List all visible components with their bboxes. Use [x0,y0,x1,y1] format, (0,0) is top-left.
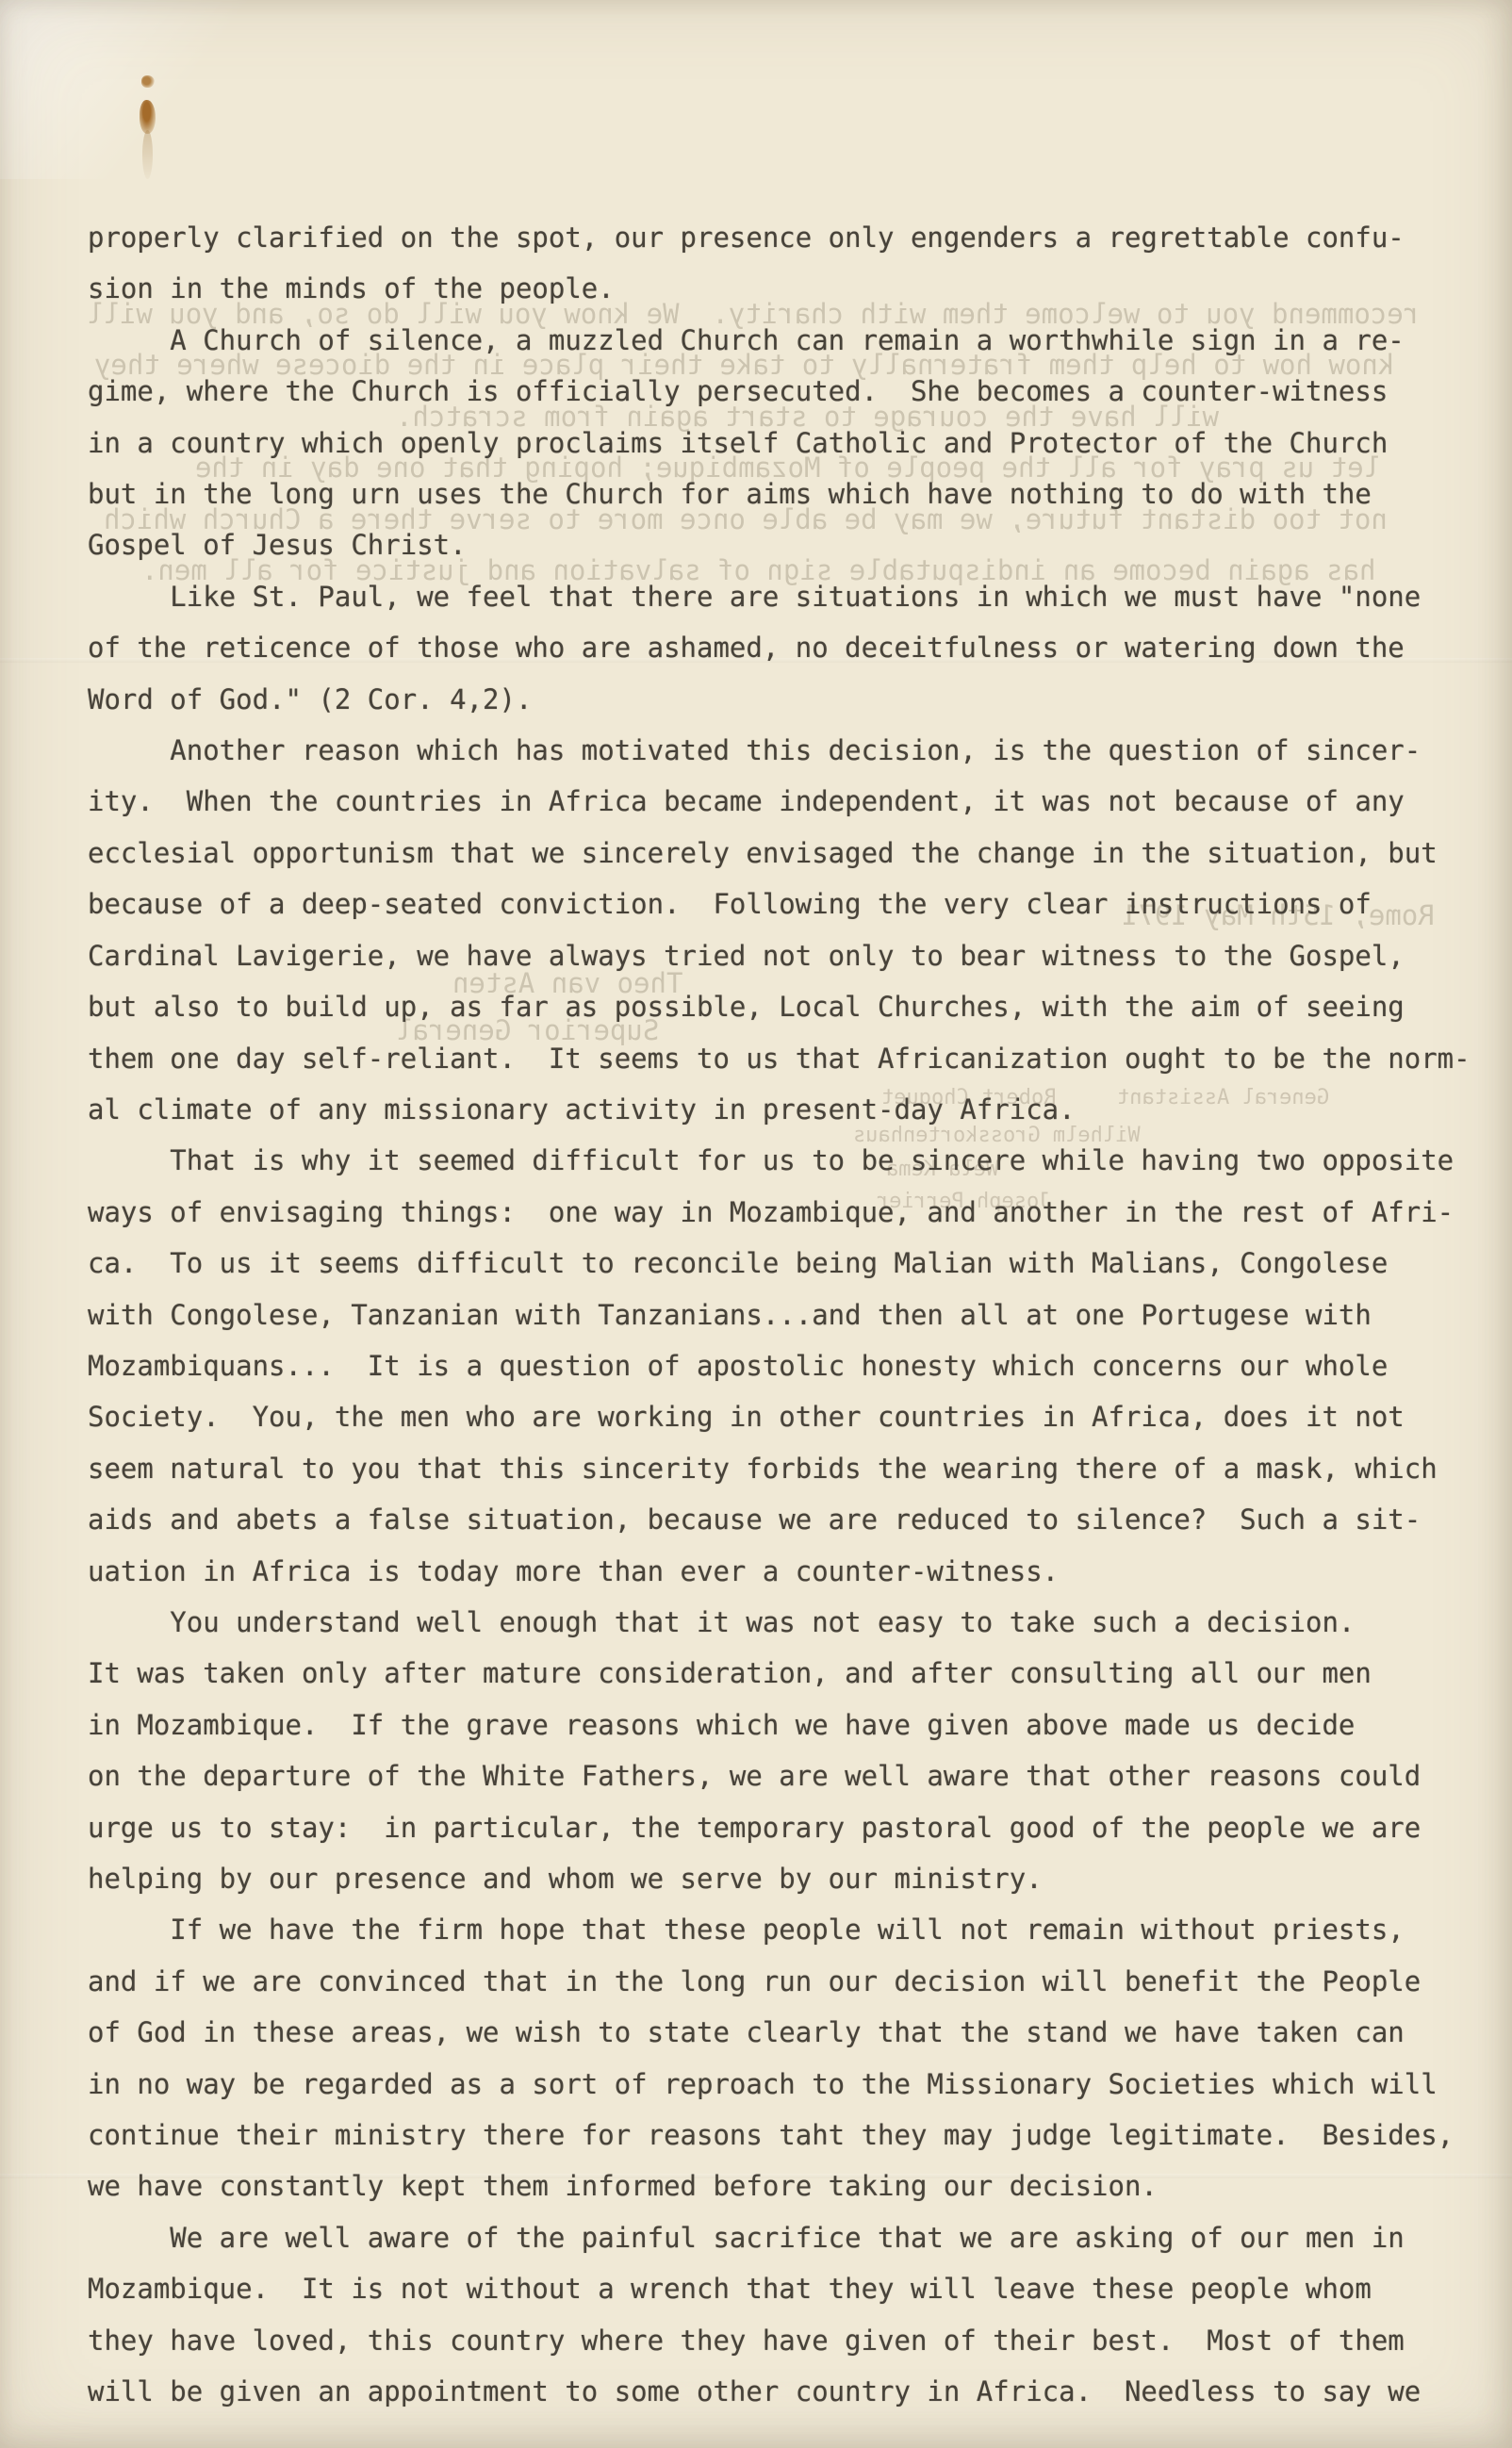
rust-stain-blob [140,100,156,134]
paragraph: We are well aware of the painful sacrifi… [88,2212,1512,2418]
paragraph: Another reason which has motivated this … [88,725,1512,1135]
paragraph: That is why it seemed difficult for us t… [88,1135,1512,1597]
paragraph: Like St. Paul, we feel that there are si… [88,571,1512,725]
scanned-document-page: recommend you to welcome them with chari… [0,0,1512,2448]
paragraph: A Church of silence, a muzzled Church ca… [88,315,1512,571]
rust-stain-tail [142,130,153,179]
typewritten-text: properly clarified on the spot, our pres… [88,212,1512,2417]
paragraph: If we have the firm hope that these peop… [88,1904,1512,2211]
paragraph: properly clarified on the spot, our pres… [88,212,1512,315]
rust-stain-speck [141,75,155,88]
paragraph: You understand well enough that it was n… [88,1597,1512,1904]
rust-stain [134,75,166,189]
